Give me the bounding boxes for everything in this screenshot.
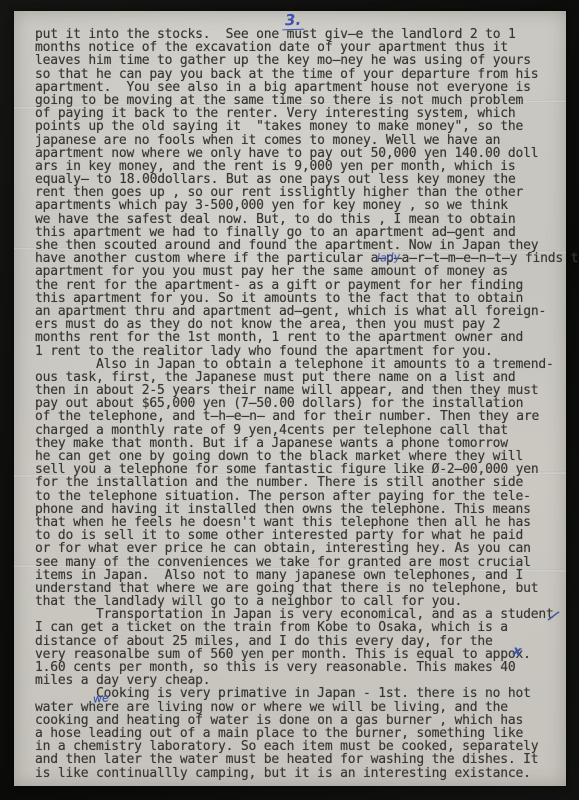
typed-line: and then later the water must be heated …	[35, 753, 557, 766]
typed-line: this apartment for you. So it amounts to…	[35, 292, 557, 305]
scan-background: 3. put it into the stocks. See one must …	[0, 0, 579, 800]
typed-line: items in Japan. Also not to many japanes…	[35, 569, 557, 582]
handwritten-insertion-we: we	[92, 691, 109, 706]
typed-line: so that he can pay you back at the time …	[35, 68, 557, 81]
typed-line: for the installation and the number. The…	[35, 476, 557, 489]
typed-line: leaves him time to gather up the key mo̶…	[35, 54, 557, 67]
typed-line: apartment now where we only have to pay …	[35, 147, 557, 160]
typed-line: or for what ever price he can obtain, in…	[35, 542, 557, 555]
typed-line: apartments which pay 3-500,000 yen for k…	[35, 199, 557, 212]
typed-line: is like continuallly camping, but it is …	[35, 767, 557, 780]
typed-line: Also in Japan to obtain a telephone it a…	[35, 358, 557, 371]
typed-line: apartment for you you must pay her the s…	[35, 265, 557, 278]
typed-line: we have the safest deal now. But, to do …	[35, 213, 557, 226]
typed-line: to the telephone situation. The person a…	[35, 490, 557, 503]
typed-line: apartment. You see also in a big apartme…	[35, 81, 557, 94]
typed-line: points up the old saying it "takes money…	[35, 120, 557, 133]
typed-line: of the telephone, and t̶h̶e̶n̶ and for t…	[35, 410, 557, 423]
typed-line: cooking and heating of water is done on …	[35, 714, 557, 727]
typed-line: water where are living now or where we w…	[35, 701, 557, 714]
typed-line: Cooking is very primative in Japan - 1st…	[35, 687, 557, 700]
typed-line: japanese are no fools when it comes to m…	[35, 134, 557, 147]
typed-line: phone and having it installed then owns …	[35, 503, 557, 516]
letter-body: put it into the stocks. See one must giv…	[35, 28, 557, 780]
typed-line: charged a monthly rate of 9 yen,4cents p…	[35, 424, 557, 437]
typed-line: 1 rent to the realitor lady who found th…	[35, 345, 557, 358]
typed-line: distance of about 25 miles, and I do thi…	[35, 635, 557, 648]
typed-line: see many of the conveniences we take for…	[35, 556, 557, 569]
letter-page: 3. put it into the stocks. See one must …	[14, 11, 566, 786]
typed-line: the rent for the apartment- as a gift or…	[35, 279, 557, 292]
typed-line: months rent for the 1st month, 1 rent to…	[35, 331, 557, 344]
typed-line: I can get a ticket on the train from Kob…	[35, 621, 557, 634]
handwritten-insertion-lady: lady	[377, 250, 401, 265]
